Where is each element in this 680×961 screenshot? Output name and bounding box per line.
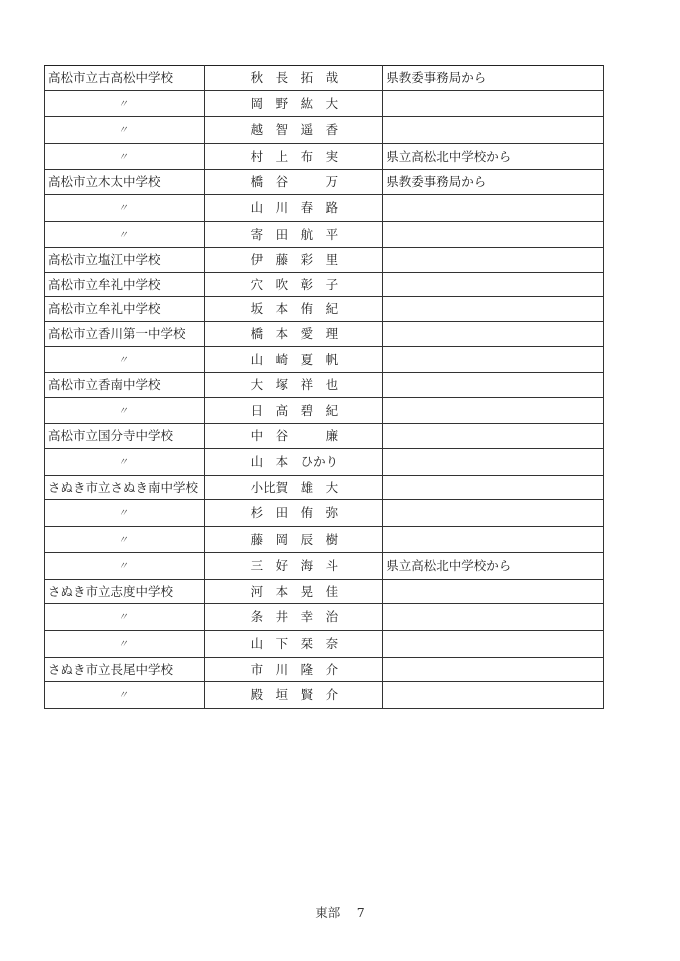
- name-cell: 村 上 布 実: [204, 143, 383, 170]
- school-name: 高松市立塩江中学校: [48, 252, 161, 267]
- note-cell: [383, 526, 604, 553]
- transfer-note: 県立高松北中学校から: [386, 558, 511, 573]
- person-name: 中 谷 廉: [205, 424, 383, 448]
- note-cell: [383, 297, 604, 322]
- ditto-mark: 〃: [48, 119, 204, 143]
- name-cell: 大 塚 祥 也: [204, 373, 383, 398]
- note-cell: [383, 475, 604, 500]
- table-row: さぬき市立志度中学校河 本 晃 佳: [45, 579, 604, 604]
- school-name: 高松市立古高松中学校: [48, 70, 173, 85]
- table-row: 〃条 井 幸 治: [45, 604, 604, 631]
- school-cell: 高松市立牟礼中学校: [45, 272, 205, 297]
- note-cell: [383, 448, 604, 475]
- ditto-mark: 〃: [48, 529, 204, 553]
- school-name: 高松市立牟礼中学校: [48, 301, 161, 316]
- name-cell: 河 本 晃 佳: [204, 579, 383, 604]
- table-row: 高松市立香南中学校大 塚 祥 也: [45, 373, 604, 398]
- name-cell: 伊 藤 彩 里: [204, 248, 383, 273]
- ditto-mark: 〃: [48, 93, 204, 117]
- note-cell: [383, 604, 604, 631]
- table-row: 高松市立塩江中学校伊 藤 彩 里: [45, 248, 604, 273]
- footer-section: 東部: [315, 905, 340, 920]
- table-row: 〃山 本 ひかり: [45, 448, 604, 475]
- person-name: 条 井 幸 治: [205, 605, 383, 629]
- note-cell: [383, 657, 604, 682]
- table-row: 〃藤 岡 辰 樹: [45, 526, 604, 553]
- name-cell: 中 谷 廉: [204, 424, 383, 449]
- school-cell: 高松市立牟礼中学校: [45, 297, 205, 322]
- school-name: 高松市立牟礼中学校: [48, 277, 161, 292]
- table-row: 〃日 高 碧 紀: [45, 397, 604, 424]
- school-cell: 〃: [45, 194, 205, 221]
- person-name: 藤 岡 辰 樹: [205, 528, 383, 552]
- ditto-mark: 〃: [48, 146, 204, 170]
- ditto-mark: 〃: [48, 400, 204, 424]
- note-cell: [383, 90, 604, 117]
- school-cell: 高松市立木太中学校: [45, 170, 205, 195]
- school-name: 高松市立国分寺中学校: [48, 428, 173, 443]
- note-cell: [383, 117, 604, 144]
- person-name: 橋 本 愛 理: [205, 322, 383, 346]
- school-cell: 高松市立香南中学校: [45, 373, 205, 398]
- transfer-note: 県教委事務局から: [386, 174, 486, 189]
- note-cell: [383, 373, 604, 398]
- person-name: 坂 本 侑 紀: [205, 297, 383, 321]
- note-cell: [383, 500, 604, 527]
- person-name: 三 好 海 斗: [205, 554, 383, 578]
- name-cell: 小比賀 雄 大: [204, 475, 383, 500]
- person-name: 寄 田 航 平: [205, 223, 383, 247]
- ditto-mark: 〃: [48, 633, 204, 657]
- ditto-mark: 〃: [48, 555, 204, 579]
- table-row: 〃殿 垣 賢 介: [45, 682, 604, 709]
- school-cell: 高松市立香川第一中学校: [45, 321, 205, 346]
- person-name: 日 高 碧 紀: [205, 399, 383, 423]
- table-row: 〃山 川 春 路: [45, 194, 604, 221]
- school-name: さぬき市立長尾中学校: [48, 662, 173, 677]
- school-cell: 高松市立塩江中学校: [45, 248, 205, 273]
- transfer-note: 県立高松北中学校から: [386, 149, 511, 164]
- ditto-mark: 〃: [48, 197, 204, 221]
- table-row: 〃三 好 海 斗県立高松北中学校から: [45, 553, 604, 580]
- person-name: 村 上 布 実: [205, 145, 383, 169]
- table-row: 高松市立国分寺中学校中 谷 廉: [45, 424, 604, 449]
- school-cell: 〃: [45, 397, 205, 424]
- school-cell: 〃: [45, 143, 205, 170]
- table-row: 高松市立木太中学校橋 谷 万県教委事務局から: [45, 170, 604, 195]
- school-cell: 〃: [45, 604, 205, 631]
- person-name: 橋 谷 万: [205, 170, 383, 194]
- school-cell: さぬき市立長尾中学校: [45, 657, 205, 682]
- note-cell: [383, 397, 604, 424]
- school-name: さぬき市立さぬき南中学校: [48, 480, 198, 495]
- person-name: 殿 垣 賢 介: [205, 683, 383, 707]
- person-name: 山 本 ひかり: [205, 450, 383, 474]
- table-row: 高松市立牟礼中学校穴 吹 彰 子: [45, 272, 604, 297]
- name-cell: 条 井 幸 治: [204, 604, 383, 631]
- table-row: 〃山 下 栞 奈: [45, 631, 604, 658]
- personnel-table-body: 高松市立古高松中学校秋 長 拓 哉県教委事務局から〃岡 野 紘 大〃越 智 遥 …: [45, 66, 604, 709]
- school-cell: 〃: [45, 221, 205, 248]
- school-cell: 〃: [45, 500, 205, 527]
- person-name: 山 下 栞 奈: [205, 632, 383, 656]
- name-cell: 寄 田 航 平: [204, 221, 383, 248]
- page-footer: 東部 7: [0, 903, 680, 921]
- note-cell: [383, 321, 604, 346]
- note-cell: [383, 631, 604, 658]
- name-cell: 越 智 遥 香: [204, 117, 383, 144]
- note-cell: 県立高松北中学校から: [383, 143, 604, 170]
- note-cell: [383, 346, 604, 373]
- name-cell: 杉 田 侑 弥: [204, 500, 383, 527]
- name-cell: 穴 吹 彰 子: [204, 272, 383, 297]
- name-cell: 坂 本 侑 紀: [204, 297, 383, 322]
- person-name: 杉 田 侑 弥: [205, 501, 383, 525]
- note-cell: [383, 682, 604, 709]
- name-cell: 藤 岡 辰 樹: [204, 526, 383, 553]
- school-cell: さぬき市立志度中学校: [45, 579, 205, 604]
- person-name: 山 崎 夏 帆: [205, 348, 383, 372]
- school-cell: さぬき市立さぬき南中学校: [45, 475, 205, 500]
- personnel-table: 高松市立古高松中学校秋 長 拓 哉県教委事務局から〃岡 野 紘 大〃越 智 遥 …: [44, 65, 604, 709]
- person-name: 伊 藤 彩 里: [205, 248, 383, 272]
- table-row: 高松市立牟礼中学校坂 本 侑 紀: [45, 297, 604, 322]
- person-name: 河 本 晃 佳: [205, 580, 383, 604]
- ditto-mark: 〃: [48, 224, 204, 248]
- name-cell: 岡 野 紘 大: [204, 90, 383, 117]
- name-cell: 橋 谷 万: [204, 170, 383, 195]
- school-name: 高松市立木太中学校: [48, 174, 161, 189]
- name-cell: 秋 長 拓 哉: [204, 66, 383, 91]
- table-row: 高松市立香川第一中学校橋 本 愛 理: [45, 321, 604, 346]
- table-row: さぬき市立長尾中学校市 川 隆 介: [45, 657, 604, 682]
- ditto-mark: 〃: [48, 349, 204, 373]
- name-cell: 山 崎 夏 帆: [204, 346, 383, 373]
- name-cell: 殿 垣 賢 介: [204, 682, 383, 709]
- note-cell: [383, 272, 604, 297]
- ditto-mark: 〃: [48, 606, 204, 630]
- school-cell: 〃: [45, 90, 205, 117]
- school-name: さぬき市立志度中学校: [48, 584, 173, 599]
- school-cell: 高松市立古高松中学校: [45, 66, 205, 91]
- name-cell: 山 下 栞 奈: [204, 631, 383, 658]
- person-name: 大 塚 祥 也: [205, 373, 383, 397]
- table-row: 高松市立古高松中学校秋 長 拓 哉県教委事務局から: [45, 66, 604, 91]
- name-cell: 山 川 春 路: [204, 194, 383, 221]
- name-cell: 山 本 ひかり: [204, 448, 383, 475]
- table-row: 〃越 智 遥 香: [45, 117, 604, 144]
- table-row: 〃杉 田 侑 弥: [45, 500, 604, 527]
- table-row: 〃山 崎 夏 帆: [45, 346, 604, 373]
- school-cell: 〃: [45, 553, 205, 580]
- school-cell: 〃: [45, 631, 205, 658]
- school-cell: 〃: [45, 448, 205, 475]
- person-name: 秋 長 拓 哉: [205, 66, 383, 90]
- ditto-mark: 〃: [48, 502, 204, 526]
- school-name: 高松市立香南中学校: [48, 377, 161, 392]
- note-cell: [383, 221, 604, 248]
- person-name: 小比賀 雄 大: [205, 476, 383, 500]
- person-name: 岡 野 紘 大: [205, 92, 383, 116]
- school-cell: 高松市立国分寺中学校: [45, 424, 205, 449]
- note-cell: 県教委事務局から: [383, 170, 604, 195]
- name-cell: 三 好 海 斗: [204, 553, 383, 580]
- school-cell: 〃: [45, 117, 205, 144]
- note-cell: [383, 248, 604, 273]
- table-row: 〃岡 野 紘 大: [45, 90, 604, 117]
- note-cell: 県教委事務局から: [383, 66, 604, 91]
- table-row: さぬき市立さぬき南中学校小比賀 雄 大: [45, 475, 604, 500]
- school-cell: 〃: [45, 346, 205, 373]
- ditto-mark: 〃: [48, 684, 204, 708]
- person-name: 越 智 遥 香: [205, 118, 383, 142]
- person-name: 穴 吹 彰 子: [205, 273, 383, 297]
- school-cell: 〃: [45, 682, 205, 709]
- transfer-note: 県教委事務局から: [386, 70, 486, 85]
- school-cell: 〃: [45, 526, 205, 553]
- note-cell: [383, 194, 604, 221]
- ditto-mark: 〃: [48, 451, 204, 475]
- name-cell: 市 川 隆 介: [204, 657, 383, 682]
- table-row: 〃村 上 布 実県立高松北中学校から: [45, 143, 604, 170]
- note-cell: 県立高松北中学校から: [383, 553, 604, 580]
- footer-page-number: 7: [357, 905, 365, 920]
- school-name: 高松市立香川第一中学校: [48, 326, 186, 341]
- note-cell: [383, 579, 604, 604]
- person-name: 市 川 隆 介: [205, 658, 383, 682]
- table-row: 〃寄 田 航 平: [45, 221, 604, 248]
- name-cell: 橋 本 愛 理: [204, 321, 383, 346]
- person-name: 山 川 春 路: [205, 196, 383, 220]
- name-cell: 日 高 碧 紀: [204, 397, 383, 424]
- note-cell: [383, 424, 604, 449]
